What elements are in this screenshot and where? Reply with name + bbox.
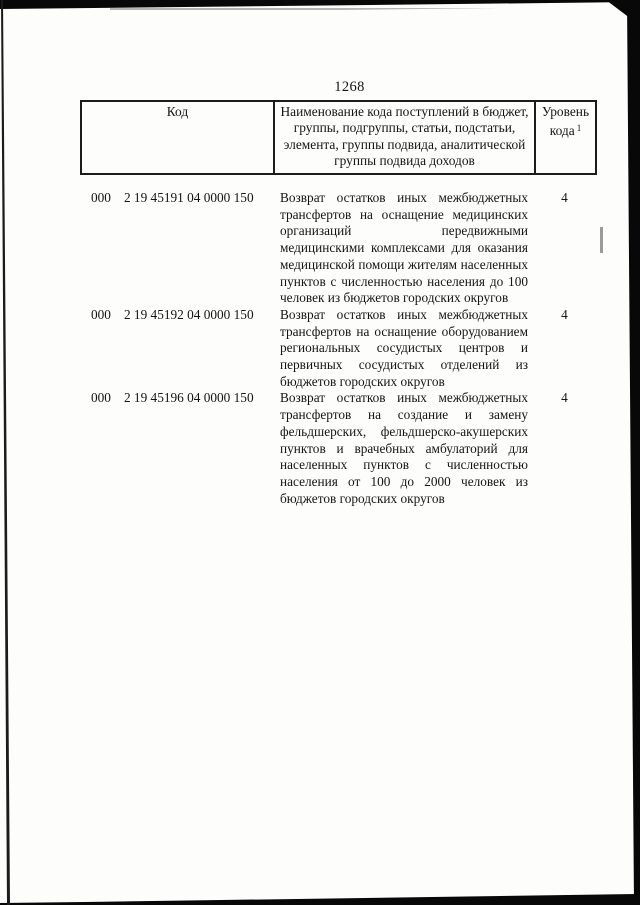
header-cell-name: Наименование кода поступлений в бюджет, … <box>273 102 534 173</box>
code-value: 2 19 45192 04 0000 150 <box>124 307 254 322</box>
scan-smudge-top <box>110 8 500 10</box>
table-row: 0002 19 45191 04 0000 150 Возврат остатк… <box>80 190 597 307</box>
table-row: 0002 19 45196 04 0000 150 Возврат остатк… <box>80 390 597 507</box>
name-cell: Возврат остатков иных межбюджетных транс… <box>273 190 532 307</box>
scan-edge-bottom <box>0 890 640 905</box>
name-cell: Возврат остатков иных межбюджетных транс… <box>273 307 532 391</box>
code-admin: 000 <box>91 190 111 207</box>
header-level-label: Уровень кода <box>542 104 589 138</box>
code-admin: 000 <box>91 390 111 407</box>
header-cell-code: Код <box>82 102 273 173</box>
budget-codes-table-header: Код Наименование кода поступлений в бюдж… <box>80 100 597 175</box>
code-cell: 0002 19 45192 04 0000 150 <box>80 307 273 391</box>
budget-codes-table-body: 0002 19 45191 04 0000 150 Возврат остатк… <box>80 190 597 507</box>
table-row: 0002 19 45192 04 0000 150 Возврат остатк… <box>80 307 597 391</box>
code-value: 2 19 45196 04 0000 150 <box>124 390 254 405</box>
level-cell: 4 <box>532 307 597 391</box>
code-admin: 000 <box>91 307 111 324</box>
code-cell: 0002 19 45191 04 0000 150 <box>80 190 273 307</box>
name-cell: Возврат остатков иных межбюджетных транс… <box>273 390 532 507</box>
code-cell: 0002 19 45196 04 0000 150 <box>80 390 273 507</box>
level-cell: 4 <box>532 390 597 507</box>
page-number: 1268 <box>80 79 597 96</box>
scan-edge-right <box>624 0 640 905</box>
scanned-document-page: 1268 Код Наименование кода поступлений в… <box>0 0 640 905</box>
level-cell: 4 <box>532 190 597 307</box>
header-level-footnote-marker: 1 <box>577 123 582 133</box>
header-cell-level: Уровень кода1 <box>534 102 595 173</box>
scan-smudge-right <box>600 227 603 253</box>
scan-edge-left <box>0 0 14 905</box>
code-value: 2 19 45191 04 0000 150 <box>124 190 254 205</box>
